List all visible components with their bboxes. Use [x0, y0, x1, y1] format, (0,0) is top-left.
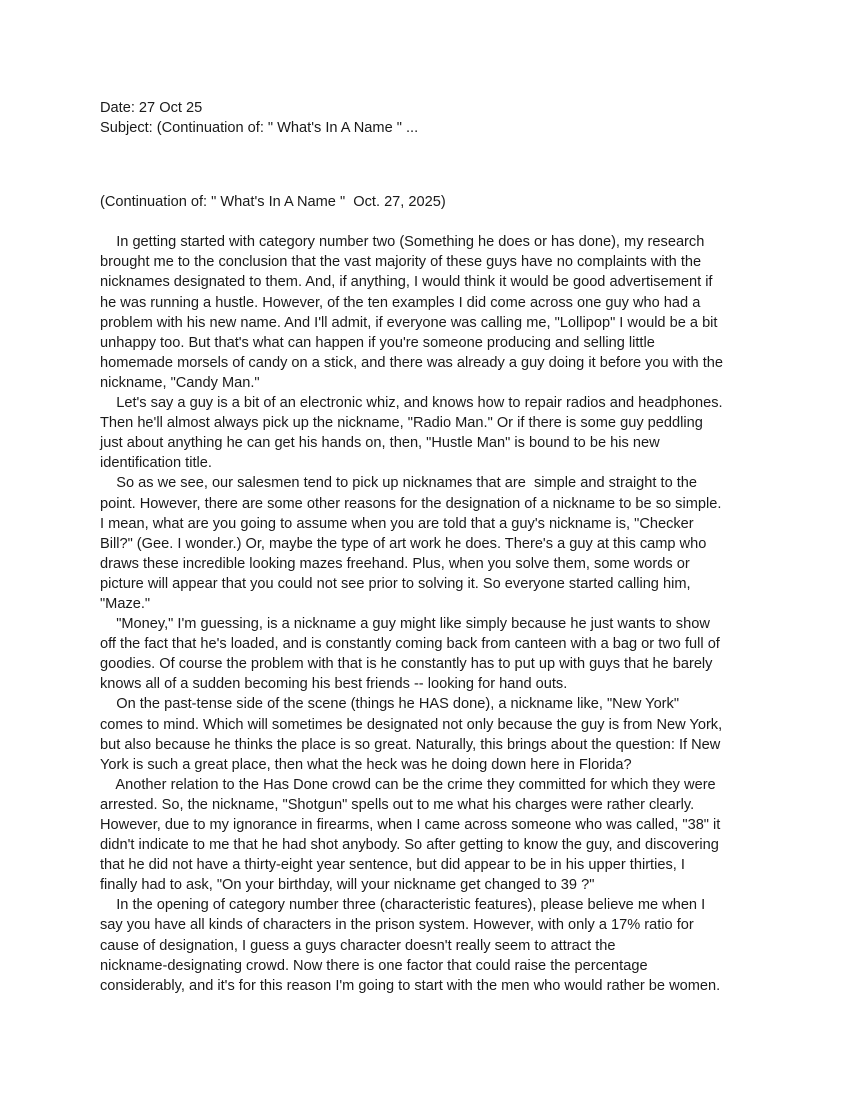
document-header: Date: 27 Oct 25 Subject: (Continuation o… [100, 98, 790, 138]
text-line: that he did not have a thirty-eight year… [100, 855, 790, 875]
text-line: finally had to ask, "On your birthday, w… [100, 875, 790, 895]
paragraph: In getting started with category number … [100, 232, 790, 393]
text-line: On the past-tense side of the scene (thi… [100, 694, 790, 714]
text-line: homemade morsels of candy on a stick, an… [100, 353, 790, 373]
text-line: However, due to my ignorance in firearms… [100, 815, 790, 835]
text-line: didn't indicate to me that he had shot a… [100, 835, 790, 855]
paragraph: Another relation to the Has Done crowd c… [100, 775, 790, 896]
text-line: but also because he thinks the place is … [100, 735, 790, 755]
text-line: "Money," I'm guessing, is a nickname a g… [100, 614, 790, 634]
text-line: Another relation to the Has Done crowd c… [100, 775, 790, 795]
text-line: York is such a great place, then what th… [100, 755, 790, 775]
text-line: unhappy too. But that's what can happen … [100, 333, 790, 353]
paragraph: On the past-tense side of the scene (thi… [100, 694, 790, 774]
text-line: arrested. So, the nickname, "Shotgun" sp… [100, 795, 790, 815]
text-line: picture will appear that you could not s… [100, 574, 790, 594]
paragraph: So as we see, our salesmen tend to pick … [100, 473, 790, 614]
text-line: he was running a hustle. However, of the… [100, 293, 790, 313]
text-line: nickname-designating crowd. Now there is… [100, 956, 790, 976]
text-line: considerably, and it's for this reason I… [100, 976, 790, 996]
text-line: In the opening of category number three … [100, 895, 790, 915]
text-line: cause of designation, I guess a guys cha… [100, 936, 790, 956]
text-line: Then he'll almost always pick up the nic… [100, 413, 790, 433]
paragraph: In the opening of category number three … [100, 895, 790, 995]
text-line: brought me to the conclusion that the va… [100, 252, 790, 272]
text-line: "Maze." [100, 594, 790, 614]
document-title: (Continuation of: " What's In A Name " O… [100, 192, 790, 212]
text-line: say you have all kinds of characters in … [100, 915, 790, 935]
text-line: knows all of a sudden becoming his best … [100, 674, 790, 694]
document-body: In getting started with category number … [100, 232, 790, 996]
text-line: In getting started with category number … [100, 232, 790, 252]
text-line: nickname, "Candy Man." [100, 373, 790, 393]
text-line: just about anything he can get his hands… [100, 433, 790, 453]
paragraph: Let's say a guy is a bit of an electroni… [100, 393, 790, 473]
text-line: identification title. [100, 453, 790, 473]
text-line: I mean, what are you going to assume whe… [100, 514, 790, 534]
date-line: Date: 27 Oct 25 [100, 98, 790, 118]
paragraph: "Money," I'm guessing, is a nickname a g… [100, 614, 790, 694]
text-line: goodies. Of course the problem with that… [100, 654, 790, 674]
text-line: point. However, there are some other rea… [100, 494, 790, 514]
text-line: comes to mind. Which will sometimes be d… [100, 715, 790, 735]
text-line: off the fact that he's loaded, and is co… [100, 634, 790, 654]
text-line: So as we see, our salesmen tend to pick … [100, 473, 790, 493]
text-line: draws these incredible looking mazes fre… [100, 554, 790, 574]
header-spacer [100, 138, 790, 192]
document-page: Date: 27 Oct 25 Subject: (Continuation o… [100, 98, 790, 996]
text-line: Let's say a guy is a bit of an electroni… [100, 393, 790, 413]
subject-line: Subject: (Continuation of: " What's In A… [100, 118, 790, 138]
text-line: nicknames designated to them. And, if an… [100, 272, 790, 292]
text-line: problem with his new name. And I'll admi… [100, 313, 790, 333]
text-line: Bill?" (Gee. I wonder.) Or, maybe the ty… [100, 534, 790, 554]
